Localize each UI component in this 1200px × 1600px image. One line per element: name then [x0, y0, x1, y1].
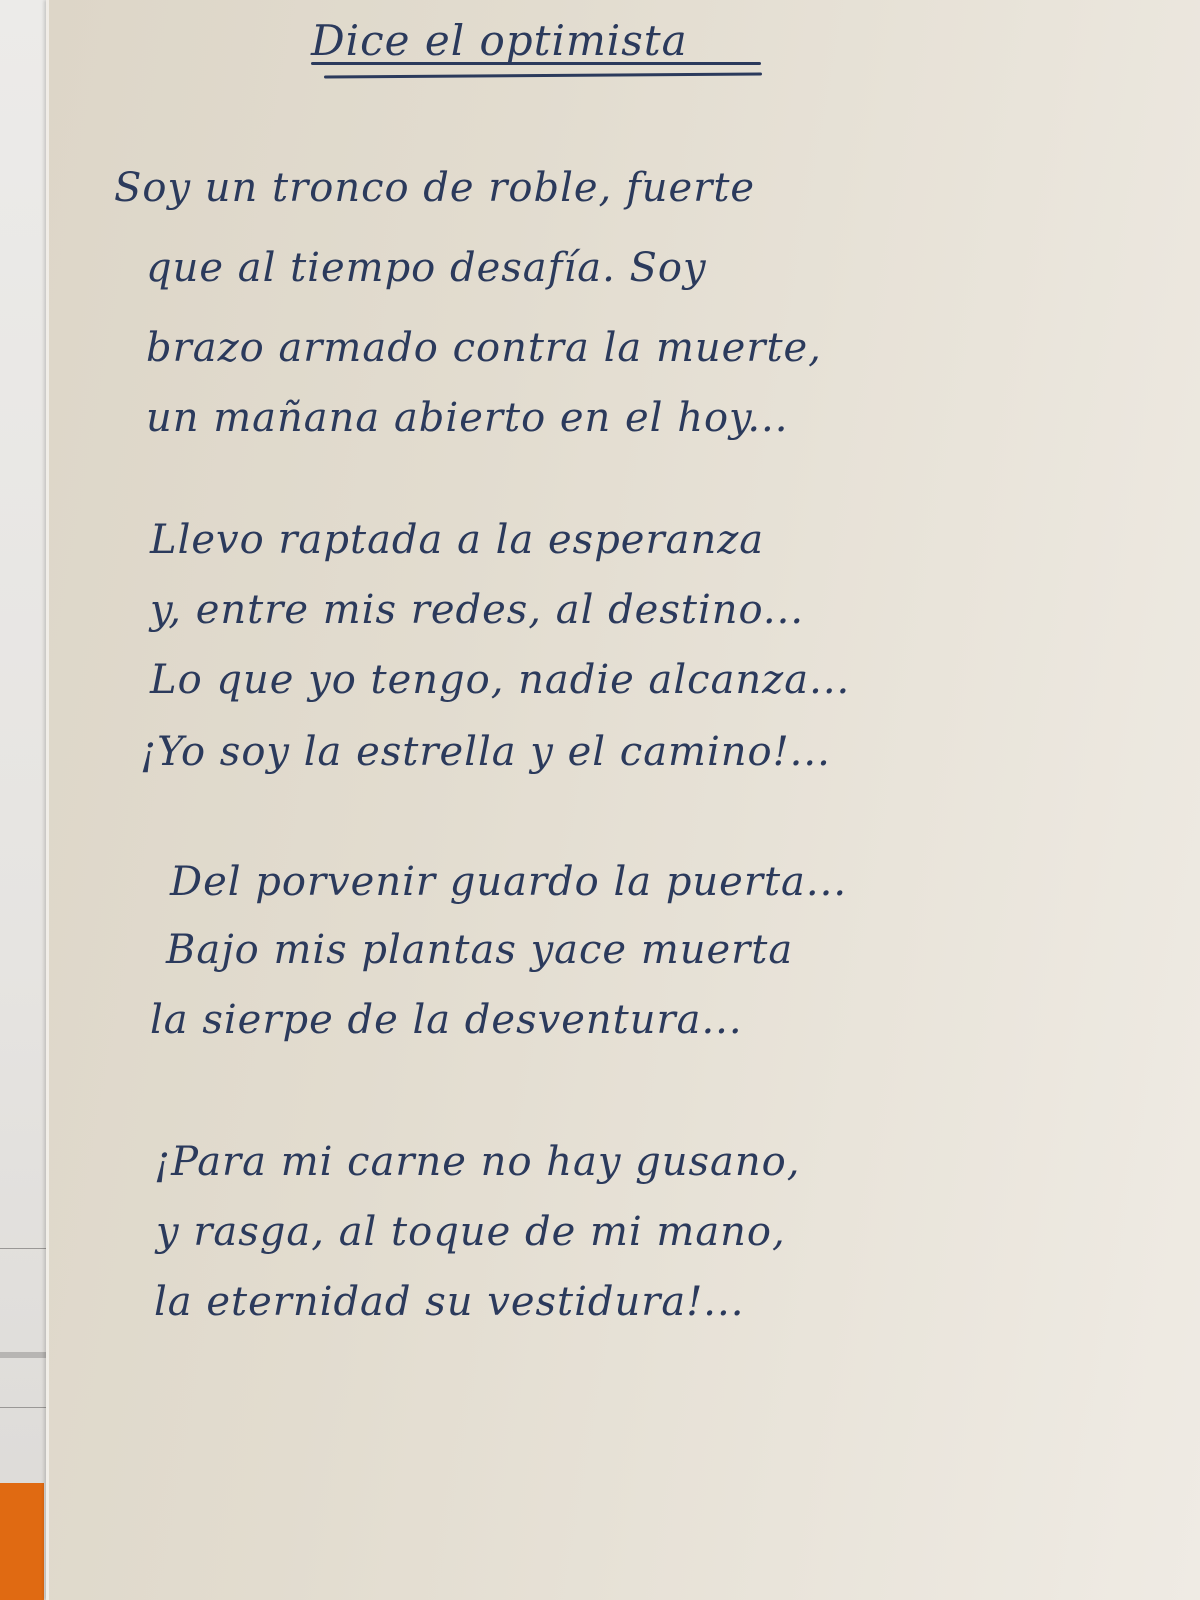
poem-line: ¡Para mi carne no hay gusano,: [154, 1142, 800, 1182]
handwritten-page: Dice el optimista Soy un tronco de roble…: [46, 0, 1200, 1600]
poem-line: un mañana abierto en el hoy...: [146, 398, 788, 438]
poem-line: Llevo raptada a la esperanza: [150, 520, 764, 560]
poem-line: ¡Yo soy la estrella y el camino!...: [140, 732, 831, 772]
poem-line: la sierpe de la desventura...: [150, 1000, 743, 1040]
poem-line: la eternidad su vestidura!...: [154, 1282, 744, 1322]
poem-line: que al tiempo desafía. Soy: [146, 248, 707, 288]
title-underline: [311, 62, 761, 65]
poem-title: Dice el optimista: [311, 20, 688, 62]
poem-line: y, entre mis redes, al destino...: [150, 590, 804, 630]
poem-line: Bajo mis plantas yace muerta: [166, 930, 793, 970]
paper-edge-line: [0, 1248, 46, 1249]
poem-line: y rasga, al toque de mi mano,: [156, 1212, 786, 1252]
paper-edge-line: [0, 1407, 46, 1408]
background-desk-strip: [0, 0, 46, 1600]
orange-object: [0, 1483, 44, 1600]
poem-line: Soy un tronco de roble, fuerte: [114, 168, 755, 208]
poem-line: Del porvenir guardo la puerta...: [170, 862, 847, 902]
poem-line: Lo que yo tengo, nadie alcanza...: [150, 660, 850, 700]
paper-edge-shadow: [0, 1352, 46, 1358]
poem-line: brazo armado contra la muerte,: [146, 328, 822, 368]
title-underline-second: [324, 72, 762, 78]
